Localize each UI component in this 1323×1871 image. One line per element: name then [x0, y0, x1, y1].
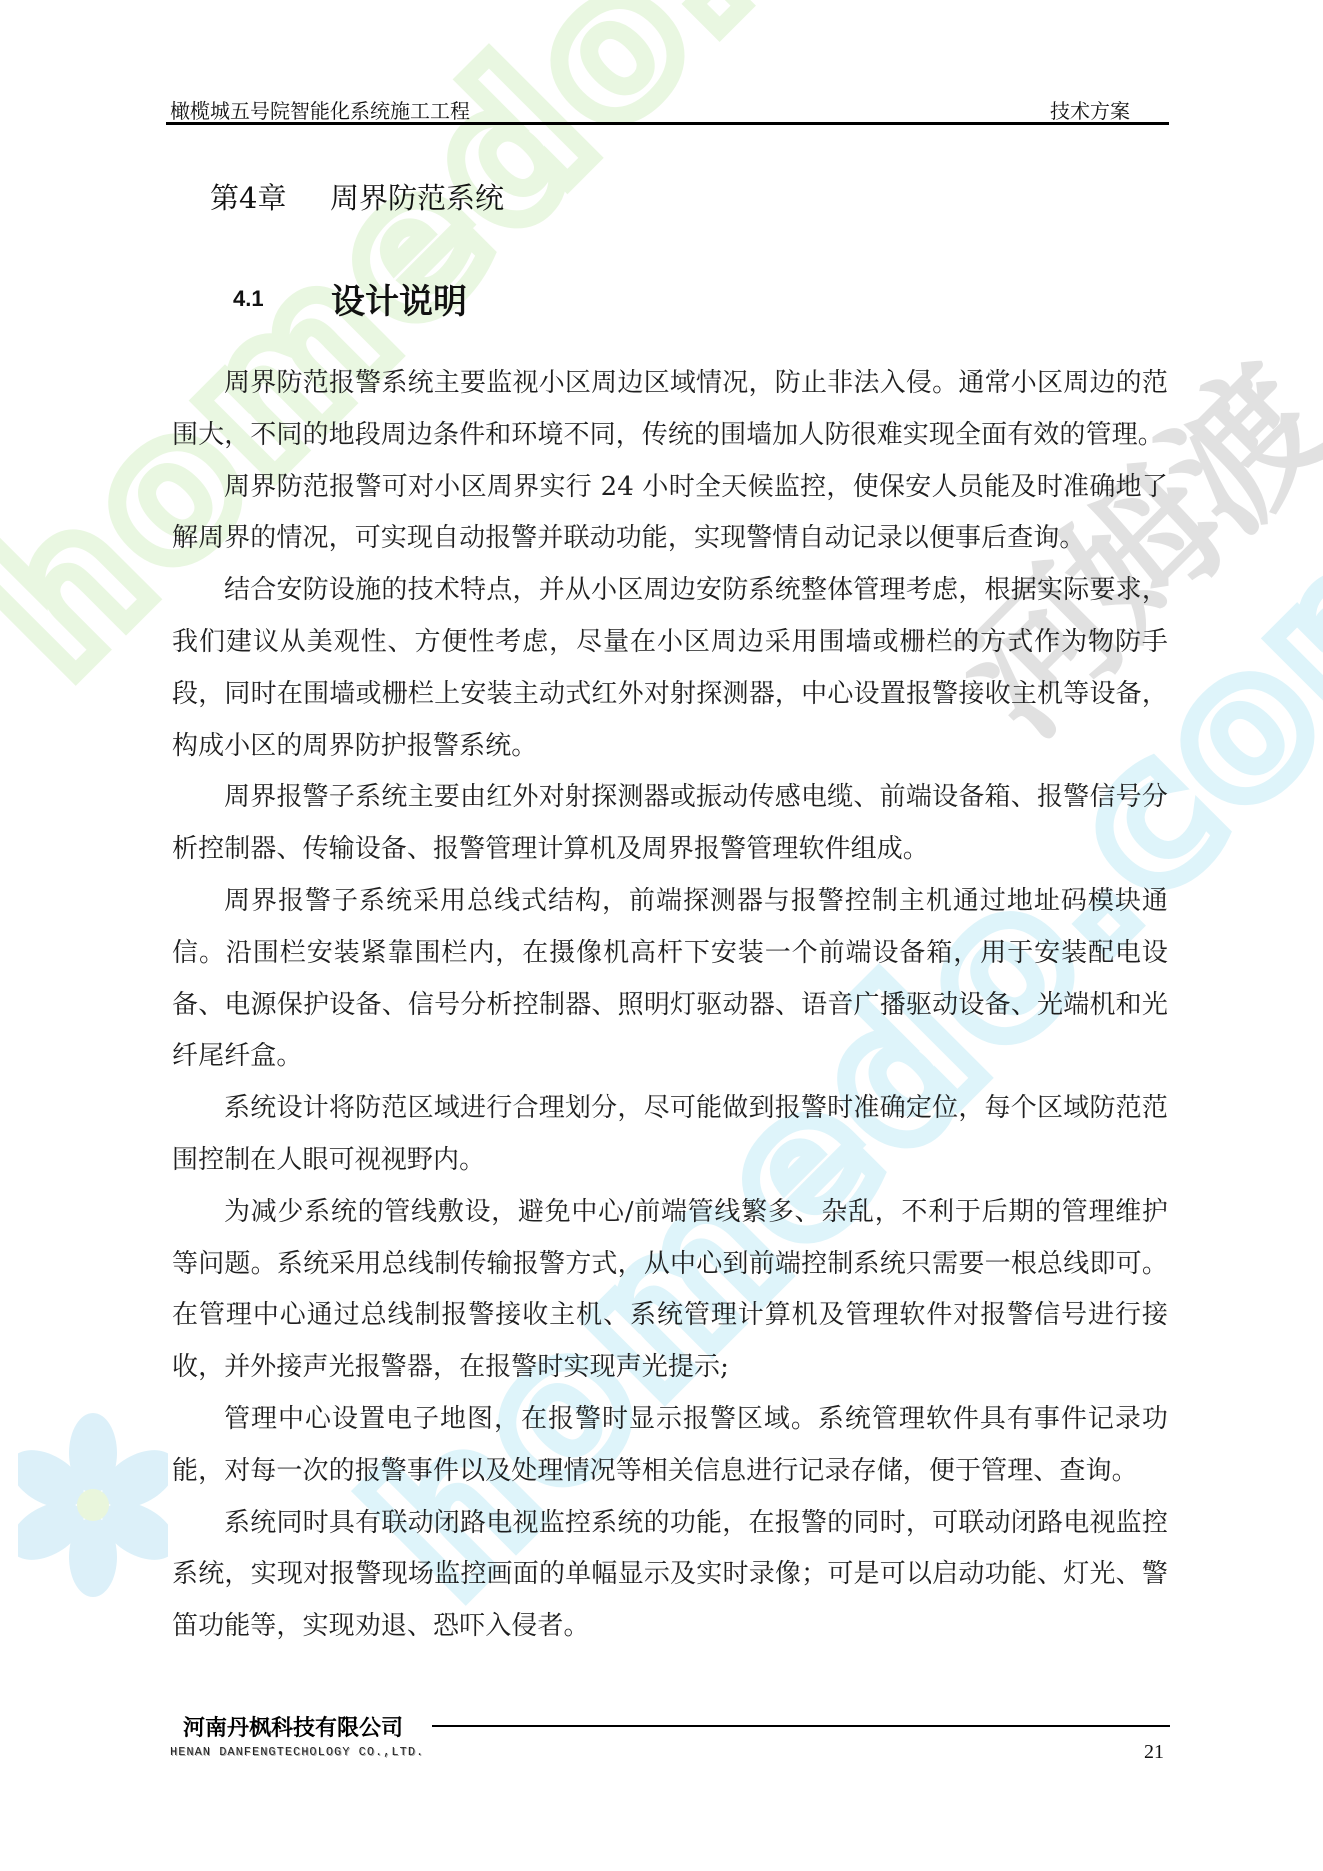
section-heading: 4.1设计说明 — [233, 274, 467, 323]
paragraph: 为减少系统的管线敷设，避免中心/前端管线繁多、杂乱，不利于后期的管理维护等问题。… — [172, 1187, 1168, 1394]
paragraph: 系统同时具有联动闭路电视监控系统的功能，在报警的同时，可联动闭路电视监控系统，实… — [172, 1498, 1168, 1653]
flower-logo-icon — [18, 1400, 168, 1610]
paragraph: 结合安防设施的技术特点，并从小区周边安防系统整体管理考虑，根据实际要求，我们建议… — [172, 565, 1168, 772]
header-project-title: 橄榄城五号院智能化系统施工工程 — [170, 95, 470, 124]
paragraph: 周界防范报警系统主要监视小区周边区域情况，防止非法入侵。通常小区周边的范围大，不… — [172, 358, 1168, 462]
body-text: 周界防范报警系统主要监视小区周边区域情况，防止非法入侵。通常小区周边的范围大，不… — [172, 358, 1168, 1653]
header-divider — [166, 122, 1169, 125]
paragraph: 周界报警子系统采用总线式结构，前端探测器与报警控制主机通过地址码模块通信。沿围栏… — [172, 876, 1168, 1083]
chapter-number: 第4章 — [210, 176, 330, 217]
footer-divider — [432, 1725, 1170, 1727]
paragraph: 管理中心设置电子地图，在报警时显示报警区域。系统管理软件具有事件记录功能，对每一… — [172, 1394, 1168, 1498]
footer-company-name: 河南丹枫科技有限公司 — [183, 1711, 403, 1742]
paragraph: 周界报警子系统主要由红外对射探测器或振动传感电缆、前端设备箱、报警信号分析控制器… — [172, 772, 1168, 876]
page-number: 21 — [1144, 1741, 1164, 1764]
footer-company-english: HENAN DANFENGTECHOLOGY CO.,LTD. — [170, 1745, 424, 1759]
paragraph: 周界防范报警可对小区周界实行 24 小时全天候监控，使保安人员能及时准确地了解周… — [172, 462, 1168, 566]
section-title: 设计说明 — [331, 282, 467, 322]
paragraph: 系统设计将防范区域进行合理划分，尽可能做到报警时准确定位，每个区域防范范围控制在… — [172, 1083, 1168, 1187]
chapter-title: 周界防范系统 — [330, 181, 504, 215]
section-number: 4.1 — [233, 286, 331, 312]
header-doc-type: 技术方案 — [1050, 95, 1130, 124]
chapter-heading: 第4章周界防范系统 — [210, 176, 504, 217]
